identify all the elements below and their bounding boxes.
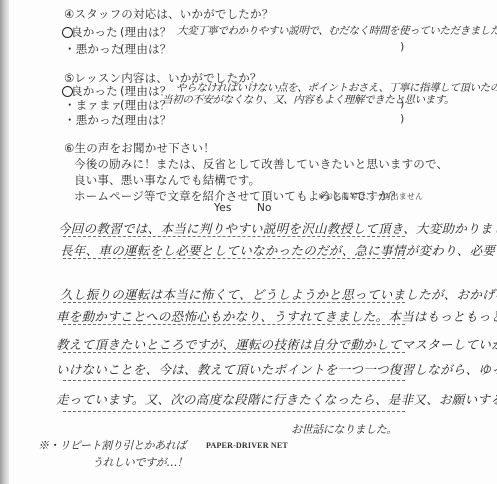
q6-intro-line-2: 良い事、悪い事なんでも結構です。	[74, 172, 260, 188]
q6-no-option: No	[257, 202, 272, 214]
comment-line-1: 今回の教習では、本当に判りやすい説明を沢山教授して頂き、大変助かりました。	[58, 219, 497, 237]
q4-option-good-answer: 大変丁寧でわかりやすい説明で、むだなく時間を使っていただきました。	[177, 23, 497, 38]
comment-line-5: 教えて頂きたいところですが、運転の技術は自分で動かしてマスターしていかなければ	[56, 335, 497, 353]
q5-option-okay-label: ・まァまァ	[64, 97, 122, 113]
q5-option-bad-reason-label: (理由は？	[120, 112, 172, 128]
q5-option-okay-reason-label: (理由は？	[120, 97, 172, 113]
scan-edge-shadow	[0, 0, 9, 484]
ruled-line	[63, 302, 405, 303]
ruled-line	[63, 236, 405, 237]
comment-line-2: 長年、車の運転をし必要としていなかったのだが、急に事情が変わり、必要になったので…	[60, 241, 497, 259]
q6-intro-line-1: 今後の励みに！または、反省として改善していきたいと思いますので、	[74, 156, 448, 172]
comment-closing: お世話になりました。	[291, 421, 397, 437]
ruled-line	[63, 324, 405, 325]
footer-brand: PAPER-DRIVER NET	[206, 441, 288, 450]
ruled-line	[63, 258, 405, 259]
q6-title: ⑥生の声をお聞かせ下さい！	[64, 140, 215, 156]
postscript-line-1: ※・リピート割り引とかあれば	[38, 437, 186, 453]
postscript-line-2: うれしいですが…！	[92, 454, 187, 470]
comment-line-3: 久し振りの運転は本当に怖くて、どうしようかと思っていましたが、おかげ様で	[60, 285, 497, 303]
q5-okay-close-paren: )	[400, 97, 404, 110]
q4-option-good-label: 良かった	[71, 24, 118, 40]
ruled-line	[63, 411, 405, 412]
comment-line-6: いけないことを、今は、教えて頂いたポイントを一つ一つ復習しながら、ゆっくりですが	[56, 360, 497, 378]
ruled-line	[63, 380, 405, 381]
q4-title: ④スタッフの対応は、いかがでしたか？	[64, 6, 273, 22]
q4-option-bad-label: ・悪かった	[64, 41, 123, 57]
ruled-line	[63, 352, 405, 353]
q4-option-good-reason-label: (理由は？	[120, 24, 172, 40]
q5-bad-close-paren: )	[400, 112, 404, 125]
comment-line-7: 走っています。又、次の高度な段階に行きたくなったら、是非又、お願いするつもりです…	[56, 390, 497, 408]
q5-option-good-answer-line2: 当初の不安がなくなり、又、内容もよく理解できたと思います。	[162, 92, 454, 107]
q6-privacy-note: ※お名前等は、一切出ません	[318, 191, 423, 202]
q4-option-bad-reason-label: (理由は？	[120, 41, 172, 57]
q6-yes-option: Yes	[214, 202, 232, 214]
q5-option-bad-label: ・悪かった	[64, 112, 123, 128]
comment-line-4: 車を動かすことへの恐怖心もかなり、うすれてきました。本当はもっともっと時間をかけ…	[56, 307, 497, 325]
q4-close-paren: )	[400, 40, 404, 53]
